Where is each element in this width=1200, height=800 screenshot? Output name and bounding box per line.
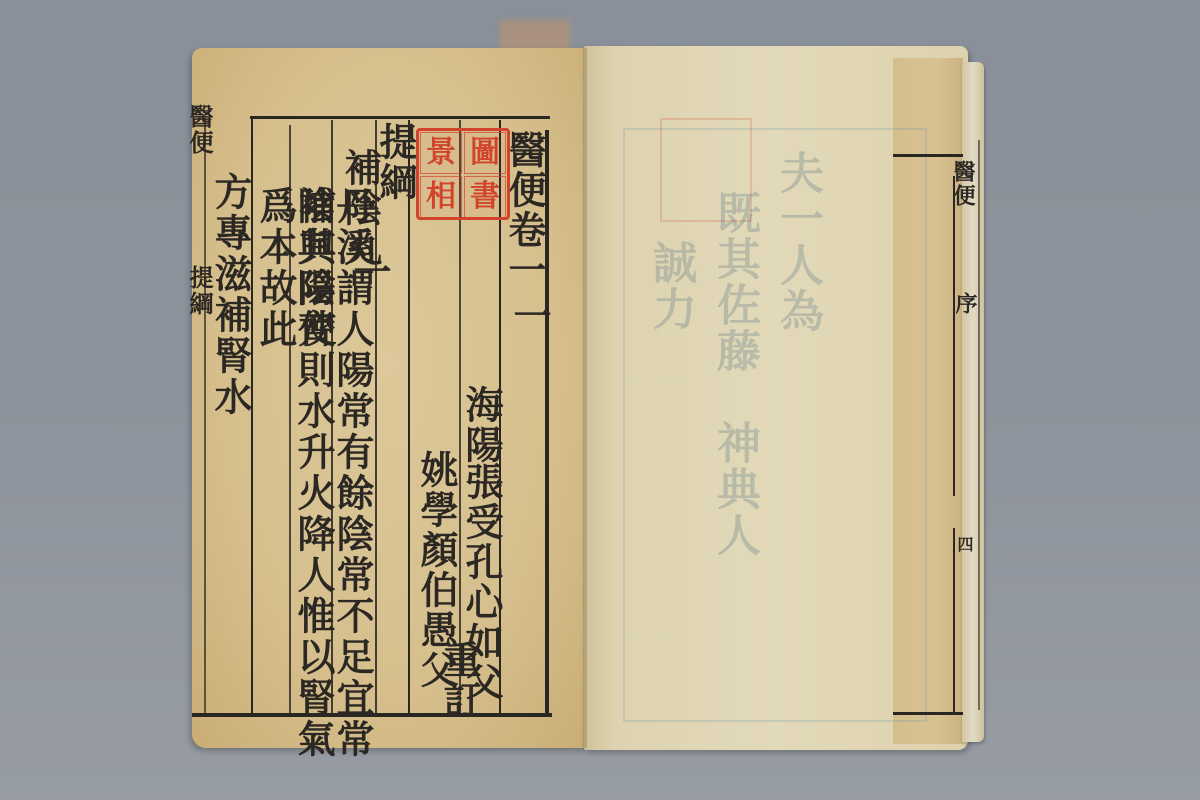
seal-char: 書 [464,176,506,218]
show-through-text: 夫一人為 [775,150,819,334]
right-page-number: 四 [956,536,972,554]
column-divider [408,120,410,715]
body-text-column-2: 陰與陽齊則水升火降人惟以腎氣爲本故此 [256,186,332,800]
right-margin-title: 醫便 [952,160,974,208]
margin-title: 醫便 [187,104,211,156]
author-action: 重訂 [440,640,478,720]
body-text-column-3: 方專滋補腎水 [211,172,249,418]
seal-char: 景 [420,132,462,174]
margin-section: 提綱 [187,265,211,317]
show-through-text: 誠力 [648,240,692,332]
right-margin-line [953,176,955,496]
show-through-text: 既其佐藤 [712,190,756,374]
author-place: 海陽 [462,385,500,465]
right-margin-section: 序 [954,292,976,316]
column-divider [204,118,206,715]
right-margin-line [953,528,955,714]
seal-char: 圖 [464,132,506,174]
right-frame-top [893,154,963,157]
show-through-text: 神典人 [712,420,756,558]
seal-char: 相 [420,176,462,218]
book-gutter [583,48,587,748]
right-margin-line [978,140,980,710]
volume-title: 醫便卷一 [505,130,543,290]
collector-seal: 景 圖 相 書 [416,128,510,220]
volume-number: 一 [510,296,548,336]
frame-top-border [250,116,550,119]
